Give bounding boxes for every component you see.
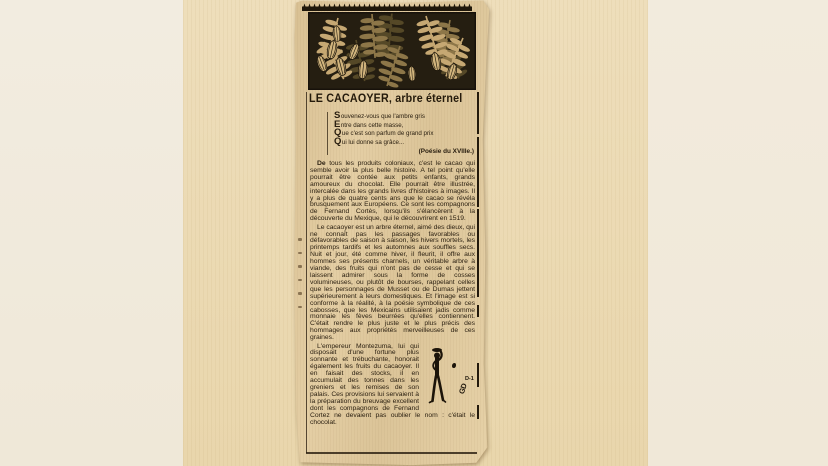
scan-background: LE CACAOYER, arbre éternel Souvenez-vous… [0,0,828,466]
clipping-paper: LE CACAOYER, arbre éternel Souvenez-vous… [294,0,490,466]
cacao-engraving-illustration [308,12,476,90]
ink-blot [452,363,456,368]
album-page-left [0,0,183,466]
poem-line: Que c'est son parfum de grand prix [334,129,482,138]
figure-block: D-1 GD [423,346,475,410]
album-page-right [648,0,828,466]
figure-monogram: GD [457,383,469,402]
column-rule-left [306,92,307,453]
margin-remnant-marks [298,238,302,319]
paragraph: De tous les produits coloniaux, c'est le… [310,161,475,223]
bottom-rule [306,452,477,454]
perforated-edge-icon [302,2,472,11]
poem-box: Souvenez-vous que l'ambre grisEntre dans… [327,112,482,155]
newspaper-clipping: LE CACAOYER, arbre éternel Souvenez-vous… [294,0,490,466]
article-body: De tous les produits coloniaux, c'est le… [310,161,475,428]
poem-lines: Souvenez-vous que l'ambre grisEntre dans… [334,112,482,146]
paragraph: Le cacaoyer est un arbre éternel, aimé d… [310,225,475,342]
poem-line: Qui lui donne sa grâce... [334,138,482,147]
poem-line: Entre dans cette masse, [334,121,482,130]
paragraph: D-1 GD L'empereur Montezuma, lui qui dis… [310,344,475,427]
poem-line: Souvenez-vous que l'ambre gris [334,112,482,121]
figure-caption: D-1 [458,376,474,383]
aztec-figure-icon [425,346,451,406]
column-rule-right [477,92,479,419]
article-title: LE CACAOYER, arbre éternel [309,93,465,105]
poem-credit: (Poésie du XVIIIe.) [334,148,482,155]
